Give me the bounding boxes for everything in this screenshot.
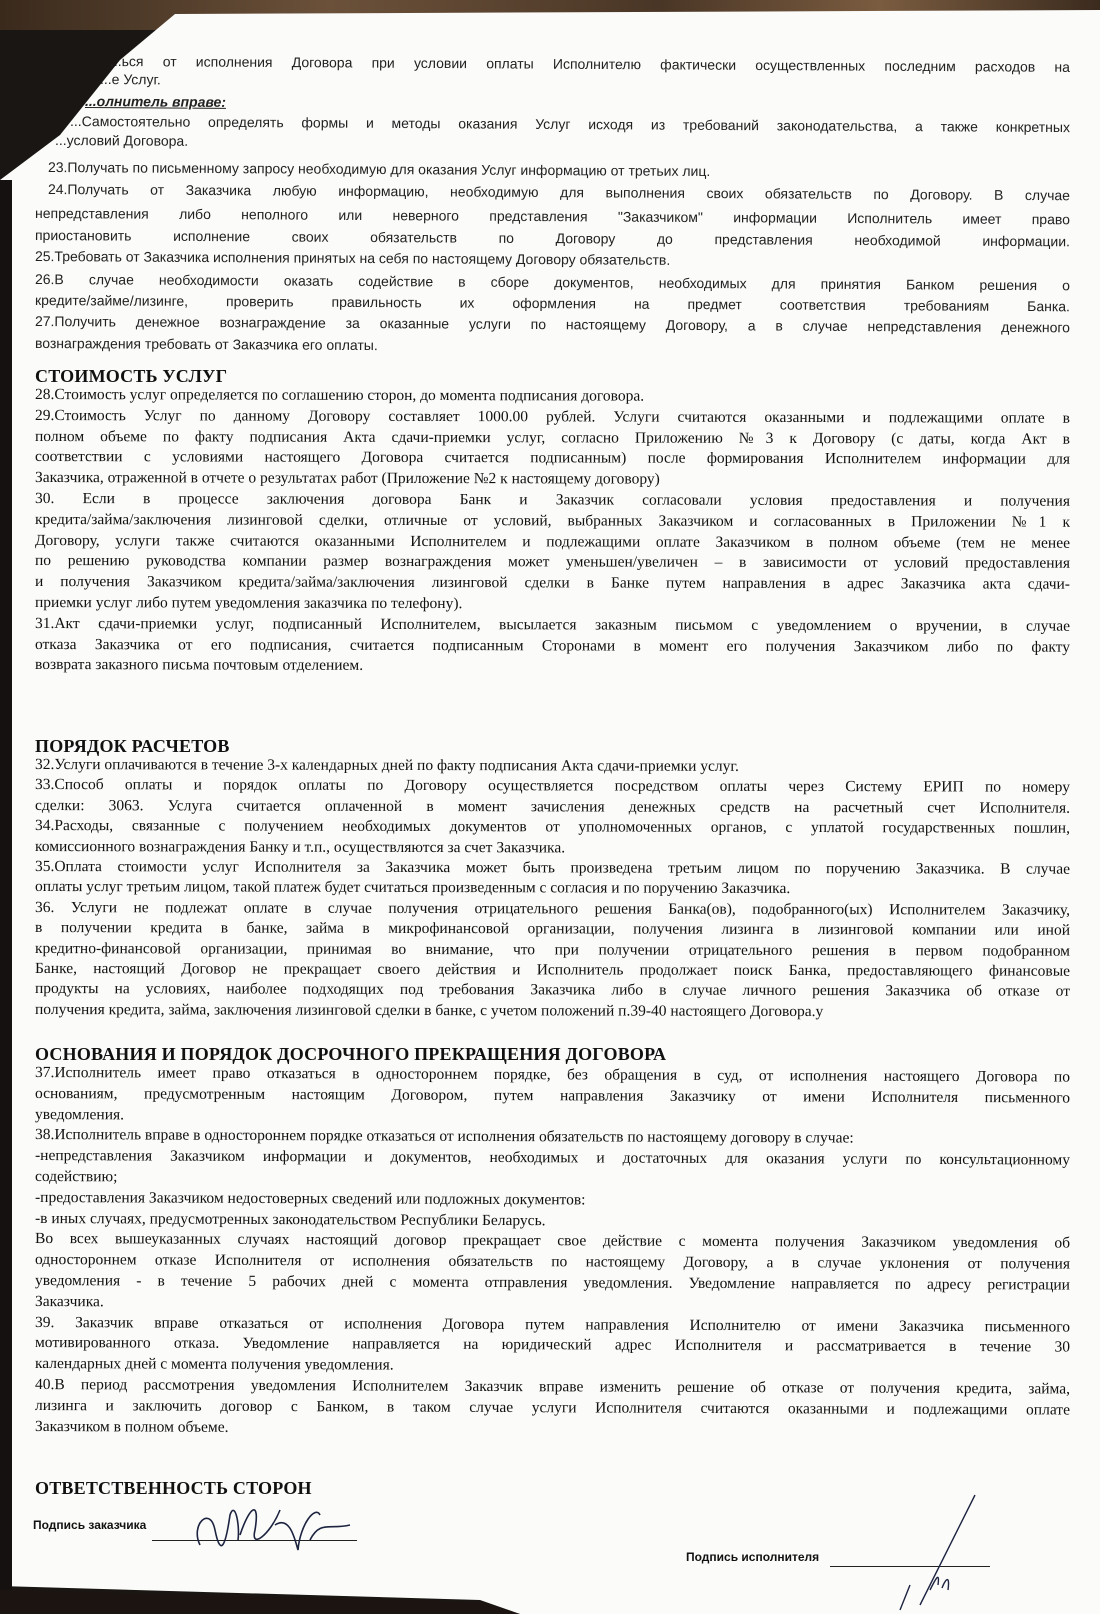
section-line: кредита/займа/заключения лизинговой сдел… [35, 511, 1070, 532]
section-line: комиссионного вознаграждения Банку и т.п… [35, 838, 1070, 859]
section-line: 34.Расходы, связанные с получением необх… [35, 817, 1070, 838]
section-heading: ОСНОВАНИЯ И ПОРЯДОК ДОСРОЧНОГО ПРЕКРАЩЕН… [35, 1044, 666, 1065]
section-line: 31.Акт сдачи-приемки услуг, подписанный … [35, 615, 1070, 636]
section-line: по решению руководства компании размер в… [35, 552, 1070, 573]
section-line: полном объеме по факту подписания Акта с… [35, 428, 1070, 449]
section-line: 29.Стоимость Услуг по данному Договору с… [35, 407, 1070, 428]
section-line: 28.Стоимость услуг определяется по согла… [35, 386, 1070, 407]
section-line: Банке, настоящий Договор не прекращает с… [35, 960, 1070, 981]
contractor-signature [880, 1490, 990, 1614]
section-line: и получения Заказчиком кредита/займа/зак… [35, 573, 1070, 594]
section-line: 30. Если в процессе заключения договора … [35, 490, 1070, 511]
section-line: 36. Услуги не подлежат оплате в случае п… [35, 899, 1070, 920]
section-line: получения кредита, займа, заключения лиз… [35, 1001, 1070, 1022]
section-line: 33.Способ оплаты и порядок оплаты по Дог… [35, 776, 1070, 797]
section-line: продукты на условиях, наиболее подходящи… [35, 980, 1070, 1001]
section-line: Заказчика, отраженной в отчете о результ… [35, 469, 1070, 490]
section-heading: СТОИМОСТЬ УСЛУГ [35, 366, 227, 387]
section-line: приемки услуг либо путем уведомления зак… [35, 594, 1070, 615]
section-line: отказа Заказчика от его подписания, счит… [35, 636, 1070, 657]
section-line: в получении кредита в банке, займа в мик… [35, 919, 1070, 940]
section-line: кредитно-финансовой организации, принима… [35, 940, 1070, 961]
section-line: 32.Услуги оплачиваются в течение 3-х кал… [35, 756, 1070, 777]
customer-signature [180, 1495, 370, 1555]
section-heading: ПОРЯДОК РАСЧЕТОВ [35, 736, 230, 757]
section-line: сделки: 3063. Услуга считается оплаченно… [35, 797, 1070, 818]
section-line: оплаты услуг третьим лицом, такой платеж… [35, 878, 1070, 899]
paper-edge-shadow [0, 180, 12, 1590]
section-line: возврата заказного письма почтовым отдел… [35, 656, 1070, 677]
contractor-signature-label: Подпись исполнителя [686, 1550, 819, 1564]
customer-signature-label: Подпись заказчика [33, 1518, 146, 1532]
section-line: Договору, услуги также считаются оказанн… [35, 532, 1070, 553]
section-line: соответствии с условиями настоящего Дого… [35, 448, 1070, 469]
section-line: 35.Оплата стоимости услуг Исполнителя за… [35, 858, 1070, 879]
